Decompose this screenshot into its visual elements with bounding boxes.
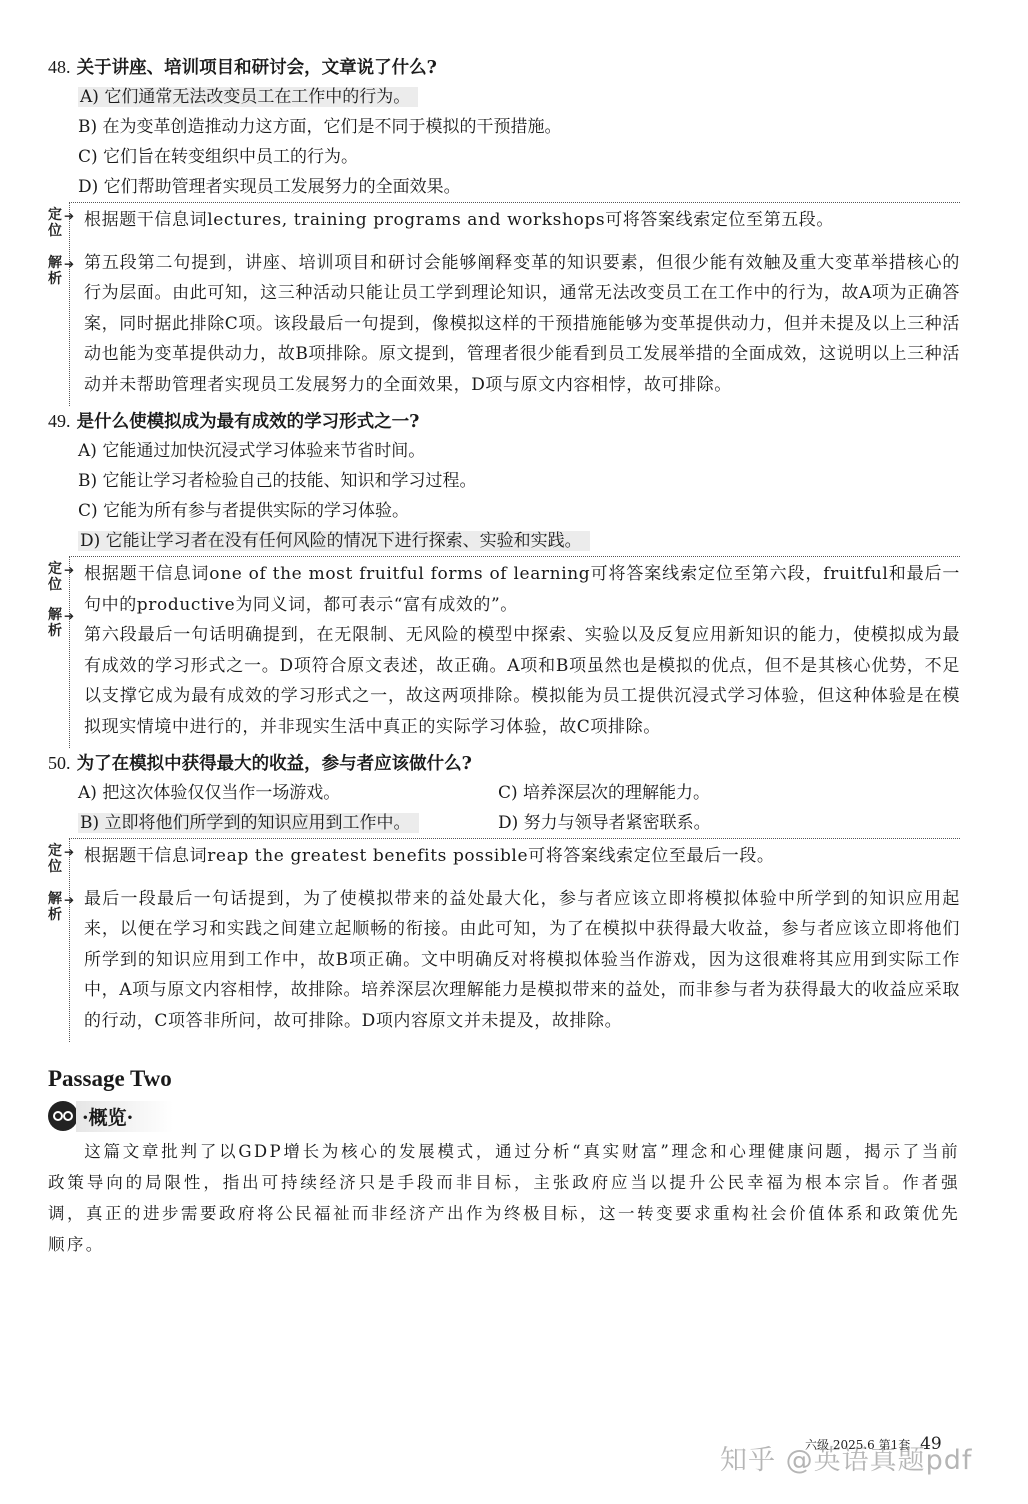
question-stem: 49. 是什么使模拟成为最有成效的学习形式之一?: [48, 406, 960, 436]
option-c: C) 培养深层次的理解能力。: [498, 778, 960, 808]
option-d: D) 它能让学习者在没有任何风险的情况下进行探索、实验和实践。: [48, 526, 960, 556]
question-number: 49.: [48, 411, 71, 431]
question-text: 为了在模拟中获得最大的收益，参与者应该做什么?: [77, 754, 472, 774]
arrow-icon: ➔: [64, 208, 74, 224]
arrow-icon: ➔: [64, 892, 74, 908]
option-text: C) 它能为所有参与者提供实际的学习体验。: [78, 501, 409, 521]
option-b: B) 它能让学习者检验自己的技能、知识和学习过程。: [48, 466, 960, 496]
watermark: 知乎 @英语真题pdf: [720, 1438, 972, 1477]
option-d: D) 努力与领导者紧密联系。: [498, 808, 960, 838]
correct-answer-highlight: A) 它们通常无法改变员工在工作中的行为。: [78, 87, 418, 107]
locate-text: 根据题干信息词reap the greatest benefits possib…: [84, 841, 960, 872]
analysis-tag: 解析➔: [48, 255, 64, 287]
option-text: D) 努力与领导者紧密联系。: [498, 813, 711, 833]
option-c: C) 它们旨在转变组织中员工的行为。: [48, 142, 960, 172]
locate-tag: 定位➔: [48, 843, 64, 875]
explanation-block: 定位➔ 根据题干信息词one of the most fruitful form…: [69, 556, 960, 748]
question-text: 是什么使模拟成为最有成效的学习形式之一?: [77, 412, 420, 432]
analysis-text: 第六段最后一句话明确提到，在无限制、无风险的模型中探索、实验以及反复应用新知识的…: [84, 620, 960, 742]
overview-header: ·概览·: [48, 1098, 960, 1134]
option-text: D) 它们帮助管理者实现员工发展努力的全面效果。: [78, 177, 461, 197]
option-b: B) 立即将他们所学到的知识应用到工作中。: [78, 808, 498, 838]
overview-text: 这篇文章批判了以GDP增长为核心的发展模式，通过分析“真实财富”理念和心理健康问…: [48, 1136, 960, 1260]
section-title: Passage Two: [48, 1062, 960, 1096]
option-a: A) 把这次体验仅仅当作一场游戏。: [78, 778, 498, 808]
question-stem: 48. 关于讲座、培训项目和研讨会，文章说了什么?: [48, 52, 960, 82]
option-a: A) 它们通常无法改变员工在工作中的行为。: [48, 82, 960, 112]
answer-explanation-page: 48. 关于讲座、培训项目和研讨会，文章说了什么? A) 它们通常无法改变员工在…: [48, 52, 960, 1260]
option-a: A) 它能通过加快沉浸式学习体验来节省时间。: [48, 436, 960, 466]
explanation-block: 定位➔ 根据题干信息词reap the greatest benefits po…: [69, 838, 960, 1042]
question-number: 48.: [48, 57, 71, 77]
locate-tag: 定位➔: [48, 207, 64, 239]
glasses-icon: [48, 1101, 78, 1131]
correct-answer-highlight: D) 它能让学习者在没有任何风险的情况下进行探索、实验和实践。: [78, 531, 590, 551]
analysis-tag: 解析➔: [48, 607, 64, 639]
arrow-icon: ➔: [64, 608, 74, 624]
passage-two-section: Passage Two ·概览· 这篇文章批判了以GDP增长为核心的发展模式，通…: [48, 1062, 960, 1260]
arrow-icon: ➔: [64, 562, 74, 578]
option-text: C) 培养深层次的理解能力。: [498, 783, 710, 803]
overview-label: ·概览·: [76, 1101, 173, 1132]
analysis-text: 最后一段最后一句话提到，为了使模拟带来的益处最大化，参与者应该立即将模拟体验中所…: [84, 884, 960, 1037]
question-50: 50. 为了在模拟中获得最大的收益，参与者应该做什么? A) 把这次体验仅仅当作…: [48, 748, 960, 1042]
arrow-icon: ➔: [64, 844, 74, 860]
question-number: 50.: [48, 753, 71, 773]
question-49: 49. 是什么使模拟成为最有成效的学习形式之一? A) 它能通过加快沉浸式学习体…: [48, 406, 960, 748]
option-c: C) 它能为所有参与者提供实际的学习体验。: [48, 496, 960, 526]
explanation-block: 定位➔ 根据题干信息词lectures, training programs a…: [69, 202, 960, 406]
analysis-tag: 解析➔: [48, 891, 64, 923]
option-text: A) 它能通过加快沉浸式学习体验来节省时间。: [78, 441, 425, 461]
option-text: B) 它能让学习者检验自己的技能、知识和学习过程。: [78, 471, 477, 491]
arrow-icon: ➔: [64, 256, 74, 272]
question-48: 48. 关于讲座、培训项目和研讨会，文章说了什么? A) 它们通常无法改变员工在…: [48, 52, 960, 406]
locate-text: 根据题干信息词lectures, training programs and w…: [84, 205, 960, 236]
locate-tag: 定位➔: [48, 561, 64, 593]
correct-answer-highlight: B) 立即将他们所学到的知识应用到工作中。: [78, 813, 419, 833]
options-grid: A) 把这次体验仅仅当作一场游戏。 C) 培养深层次的理解能力。 B) 立即将他…: [48, 778, 960, 838]
option-text: B) 在为变革创造推动力这方面，它们是不同于模拟的干预措施。: [78, 117, 562, 137]
option-text: A) 把这次体验仅仅当作一场游戏。: [78, 783, 340, 803]
question-text: 关于讲座、培训项目和研讨会，文章说了什么?: [77, 58, 437, 78]
locate-text: 根据题干信息词one of the most fruitful forms of…: [84, 559, 960, 620]
question-stem: 50. 为了在模拟中获得最大的收益，参与者应该做什么?: [48, 748, 960, 778]
analysis-text: 第五段第二句提到，讲座、培训项目和研讨会能够阐释变革的知识要素，但很少能有效触及…: [84, 248, 960, 401]
option-b: B) 在为变革创造推动力这方面，它们是不同于模拟的干预措施。: [48, 112, 960, 142]
option-d: D) 它们帮助管理者实现员工发展努力的全面效果。: [48, 172, 960, 202]
option-text: C) 它们旨在转变组织中员工的行为。: [78, 147, 358, 167]
